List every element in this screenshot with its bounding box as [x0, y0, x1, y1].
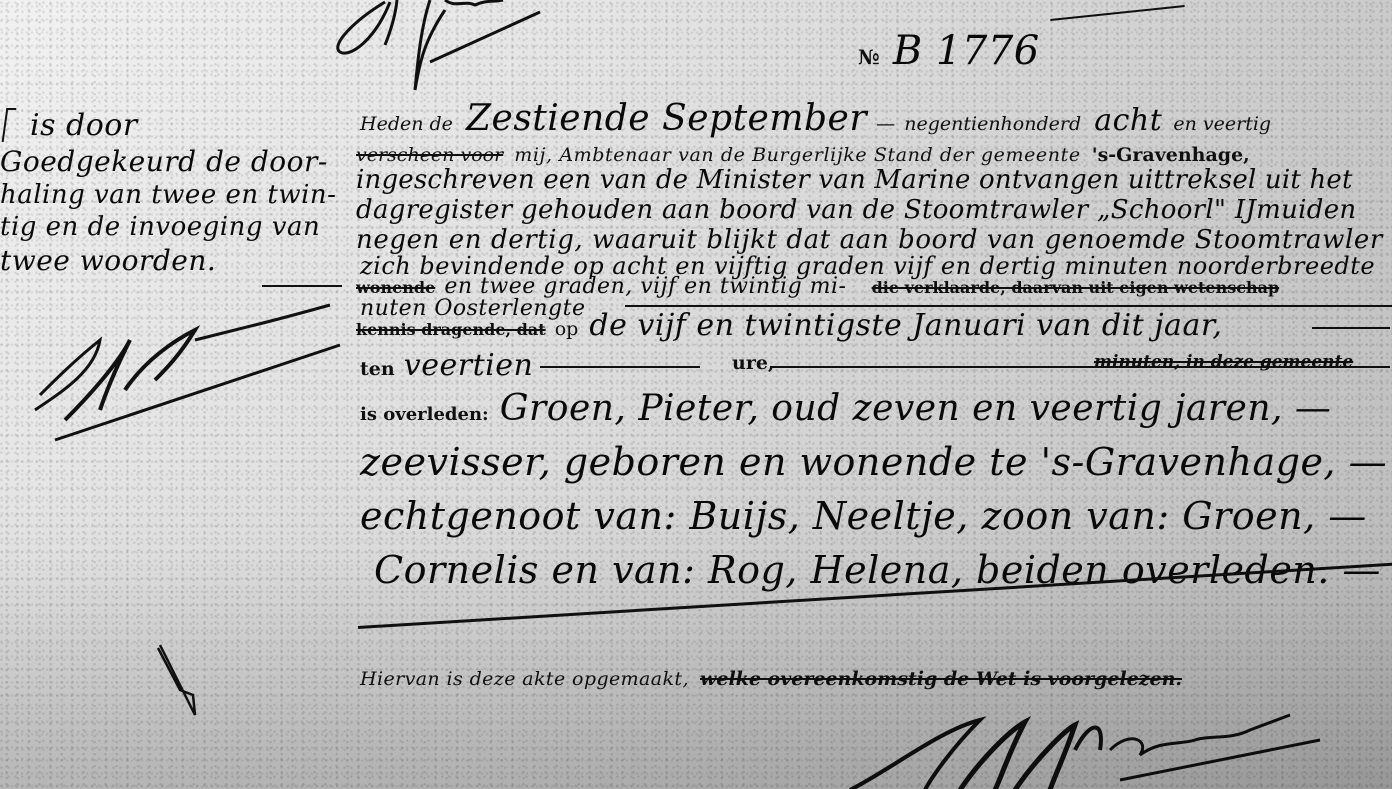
printed-is-overleden: is overleden: [360, 404, 489, 425]
closing-line: Hiervan is deze akte opgemaakt, welke ov… [360, 668, 1182, 690]
printed-op: op [555, 318, 579, 340]
bottom-signature [850, 710, 1330, 789]
municipality: 's-Gravenhage, [1092, 144, 1250, 166]
printed-ure: ure, [732, 352, 775, 374]
margin-note-end-rule [262, 285, 342, 287]
struck-die-verklaarde: die verklaarde, daarvan uit eigen wetens… [872, 278, 1280, 297]
line-deceased: is overleden: Groen, Pieter, oud zeven e… [360, 388, 1331, 429]
struck-minuten: minuten, in deze gemeente [1094, 352, 1353, 372]
printed-ten: ten [360, 358, 395, 380]
handwritten-death-date: de vijf en twintigste Januari van dit ja… [589, 308, 1222, 343]
line-8-rule [625, 305, 1392, 307]
printed-hiervan: Hiervan is deze akte opgemaakt, [360, 668, 689, 690]
margin-signature [15, 300, 345, 449]
margin-note-line: twee woorden. [0, 244, 336, 277]
margin-note-line: is door [30, 108, 336, 143]
line-official: verscheen voor mij, Ambtenaar van de Bur… [356, 144, 1250, 166]
handwritten-spouse-parents: echtgenoot van: Buijs, Neeltje, zoon van… [360, 494, 1367, 538]
top-signature [325, 0, 545, 99]
signature-stroke-icon [325, 0, 545, 95]
handwritten-line-3: ingeschreven een van de Minister van Mar… [356, 165, 1353, 195]
printed-ambtenaar: mij, Ambtenaar van de Burgerlijke Stand … [514, 144, 1080, 166]
hour-rule [540, 366, 700, 368]
struck-wonende: wonende [356, 278, 435, 297]
printed-heden-de: Heden de [360, 113, 453, 135]
signature-stroke-icon [15, 300, 345, 445]
handwritten-parents: Cornelis en van: Rog, Helena, beiden ove… [374, 548, 1381, 592]
margin-note: is door Goedgekeurd de door- haling van … [0, 108, 336, 277]
line-time: ten veertien [360, 348, 533, 383]
paperclip-icon [155, 640, 205, 720]
handwritten-deceased-name: Groen, Pieter, oud zeven en veertig jare… [500, 388, 1332, 429]
document-number: № B 1776 [858, 28, 1040, 74]
handwritten-hour: veertien [404, 348, 534, 383]
line-9-rule [1312, 327, 1390, 329]
handwritten-year: acht [1094, 103, 1162, 138]
line-date: Heden de Zestiende September — negentien… [360, 98, 1271, 139]
struck-voorgelezen: welke overeenkomstig de Wet is voorgelez… [700, 668, 1182, 690]
margin-note-line: Goedgekeurd de door- [0, 145, 336, 178]
number-value: B 1776 [893, 28, 1040, 74]
handwritten-date: Zestiende September [466, 98, 867, 139]
handwritten-line-4: dagregister gehouden aan boord van de St… [356, 195, 1356, 225]
number-label: № [858, 45, 880, 69]
paperclip-mark [155, 640, 205, 724]
handwritten-line-5: negen en dertig, waaruit blijkt dat aan … [356, 225, 1383, 255]
printed-year: negentienhonderd [904, 113, 1081, 135]
dash: — [876, 113, 895, 135]
struck-kennis-dragende: kennis dragende, dat [356, 320, 546, 339]
line-9: kennis dragende, dat op de vijf en twint… [356, 308, 1222, 343]
signature-stroke-icon [850, 710, 1330, 789]
top-rule [1050, 5, 1184, 21]
margin-note-line: tig en de invoeging van [0, 212, 336, 242]
printed-en-veertig: en veertig [1173, 113, 1271, 135]
scanned-document-page: № B 1776 Heden de Zestiende September — … [0, 0, 1392, 789]
handwritten-occupation: zeevisser, geboren en wonende te 's-Grav… [360, 440, 1387, 484]
struck-verscheen-voor: verscheen voor [356, 144, 503, 166]
margin-note-line: haling van twee en twin- [0, 180, 336, 210]
